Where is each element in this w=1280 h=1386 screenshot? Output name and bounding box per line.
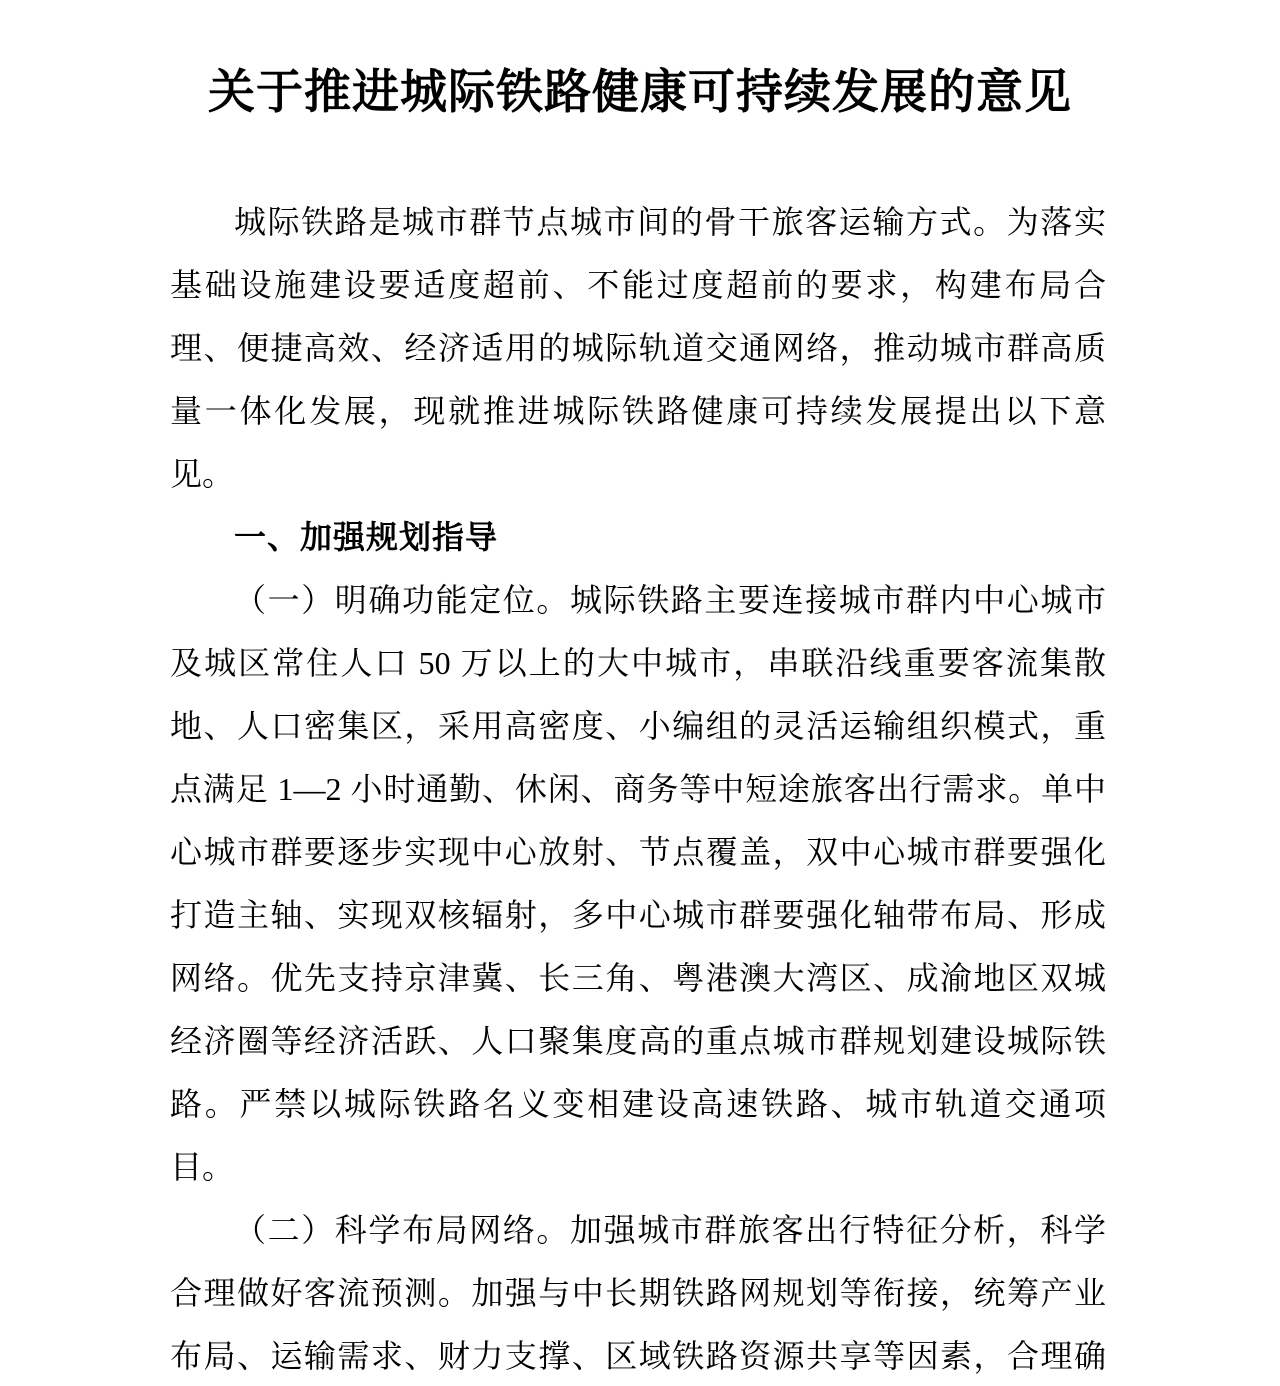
paragraph-line: 路。严禁以城际铁路名义变相建设高速铁路、城市轨道交通项 (170, 1073, 1106, 1136)
section-heading-1: 一、加强规划指导 (170, 506, 1106, 569)
paragraph-line: 目。 (170, 1136, 1106, 1199)
paragraph-line: 合理做好客流预测。加强与中长期铁路网规划等衔接，统筹产业 (170, 1262, 1106, 1325)
paragraph-line: 理、便捷高效、经济适用的城际轨道交通网络，推动城市群高质 (170, 317, 1106, 380)
paragraph-line: 及城区常住人口 50 万以上的大中城市，串联沿线重要客流集散 (170, 632, 1106, 695)
paragraph-line: 点满足 1—2 小时通勤、休闲、商务等中短途旅客出行需求。单中 (170, 758, 1106, 821)
paragraph-line: 基础设施建设要适度超前、不能过度超前的要求，构建布局合 (170, 254, 1106, 317)
paragraph-item-2: （二）科学布局网络。加强城市群旅客出行特征分析，科学 合理做好客流预测。加强与中… (170, 1199, 1106, 1386)
document-page: 关于推进城际铁路健康可持续发展的意见 城际铁路是城市群节点城市间的骨干旅客运输方… (0, 0, 1280, 1386)
document-title: 关于推进城际铁路健康可持续发展的意见 (0, 0, 1280, 122)
paragraph-line: 经济圈等经济活跃、人口聚集度高的重点城市群规划建设城际铁 (170, 1010, 1106, 1073)
paragraph-line: 布局、运输需求、财力支撑、区域铁路资源共享等因素，合理确 (170, 1325, 1106, 1386)
paragraph-line: 打造主轴、实现双核辐射，多中心城市群要强化轴带布局、形成 (170, 884, 1106, 947)
paragraph-line: （二）科学布局网络。加强城市群旅客出行特征分析，科学 (170, 1199, 1106, 1262)
document-body: 城际铁路是城市群节点城市间的骨干旅客运输方式。为落实 基础设施建设要适度超前、不… (170, 191, 1106, 1386)
paragraph-line: 地、人口密集区，采用高密度、小编组的灵活运输组织模式，重 (170, 695, 1106, 758)
paragraph-line: 见。 (170, 443, 1106, 506)
paragraph-line: 网络。优先支持京津冀、长三角、粤港澳大湾区、成渝地区双城 (170, 947, 1106, 1010)
paragraph-line: 心城市群要逐步实现中心放射、节点覆盖，双中心城市群要强化 (170, 821, 1106, 884)
paragraph-line: （一）明确功能定位。城际铁路主要连接城市群内中心城市 (170, 569, 1106, 632)
paragraph-item-1: （一）明确功能定位。城际铁路主要连接城市群内中心城市 及城区常住人口 50 万以… (170, 569, 1106, 1199)
paragraph-intro: 城际铁路是城市群节点城市间的骨干旅客运输方式。为落实 基础设施建设要适度超前、不… (170, 191, 1106, 506)
paragraph-line: 量一体化发展，现就推进城际铁路健康可持续发展提出以下意 (170, 380, 1106, 443)
paragraph-line: 城际铁路是城市群节点城市间的骨干旅客运输方式。为落实 (170, 191, 1106, 254)
